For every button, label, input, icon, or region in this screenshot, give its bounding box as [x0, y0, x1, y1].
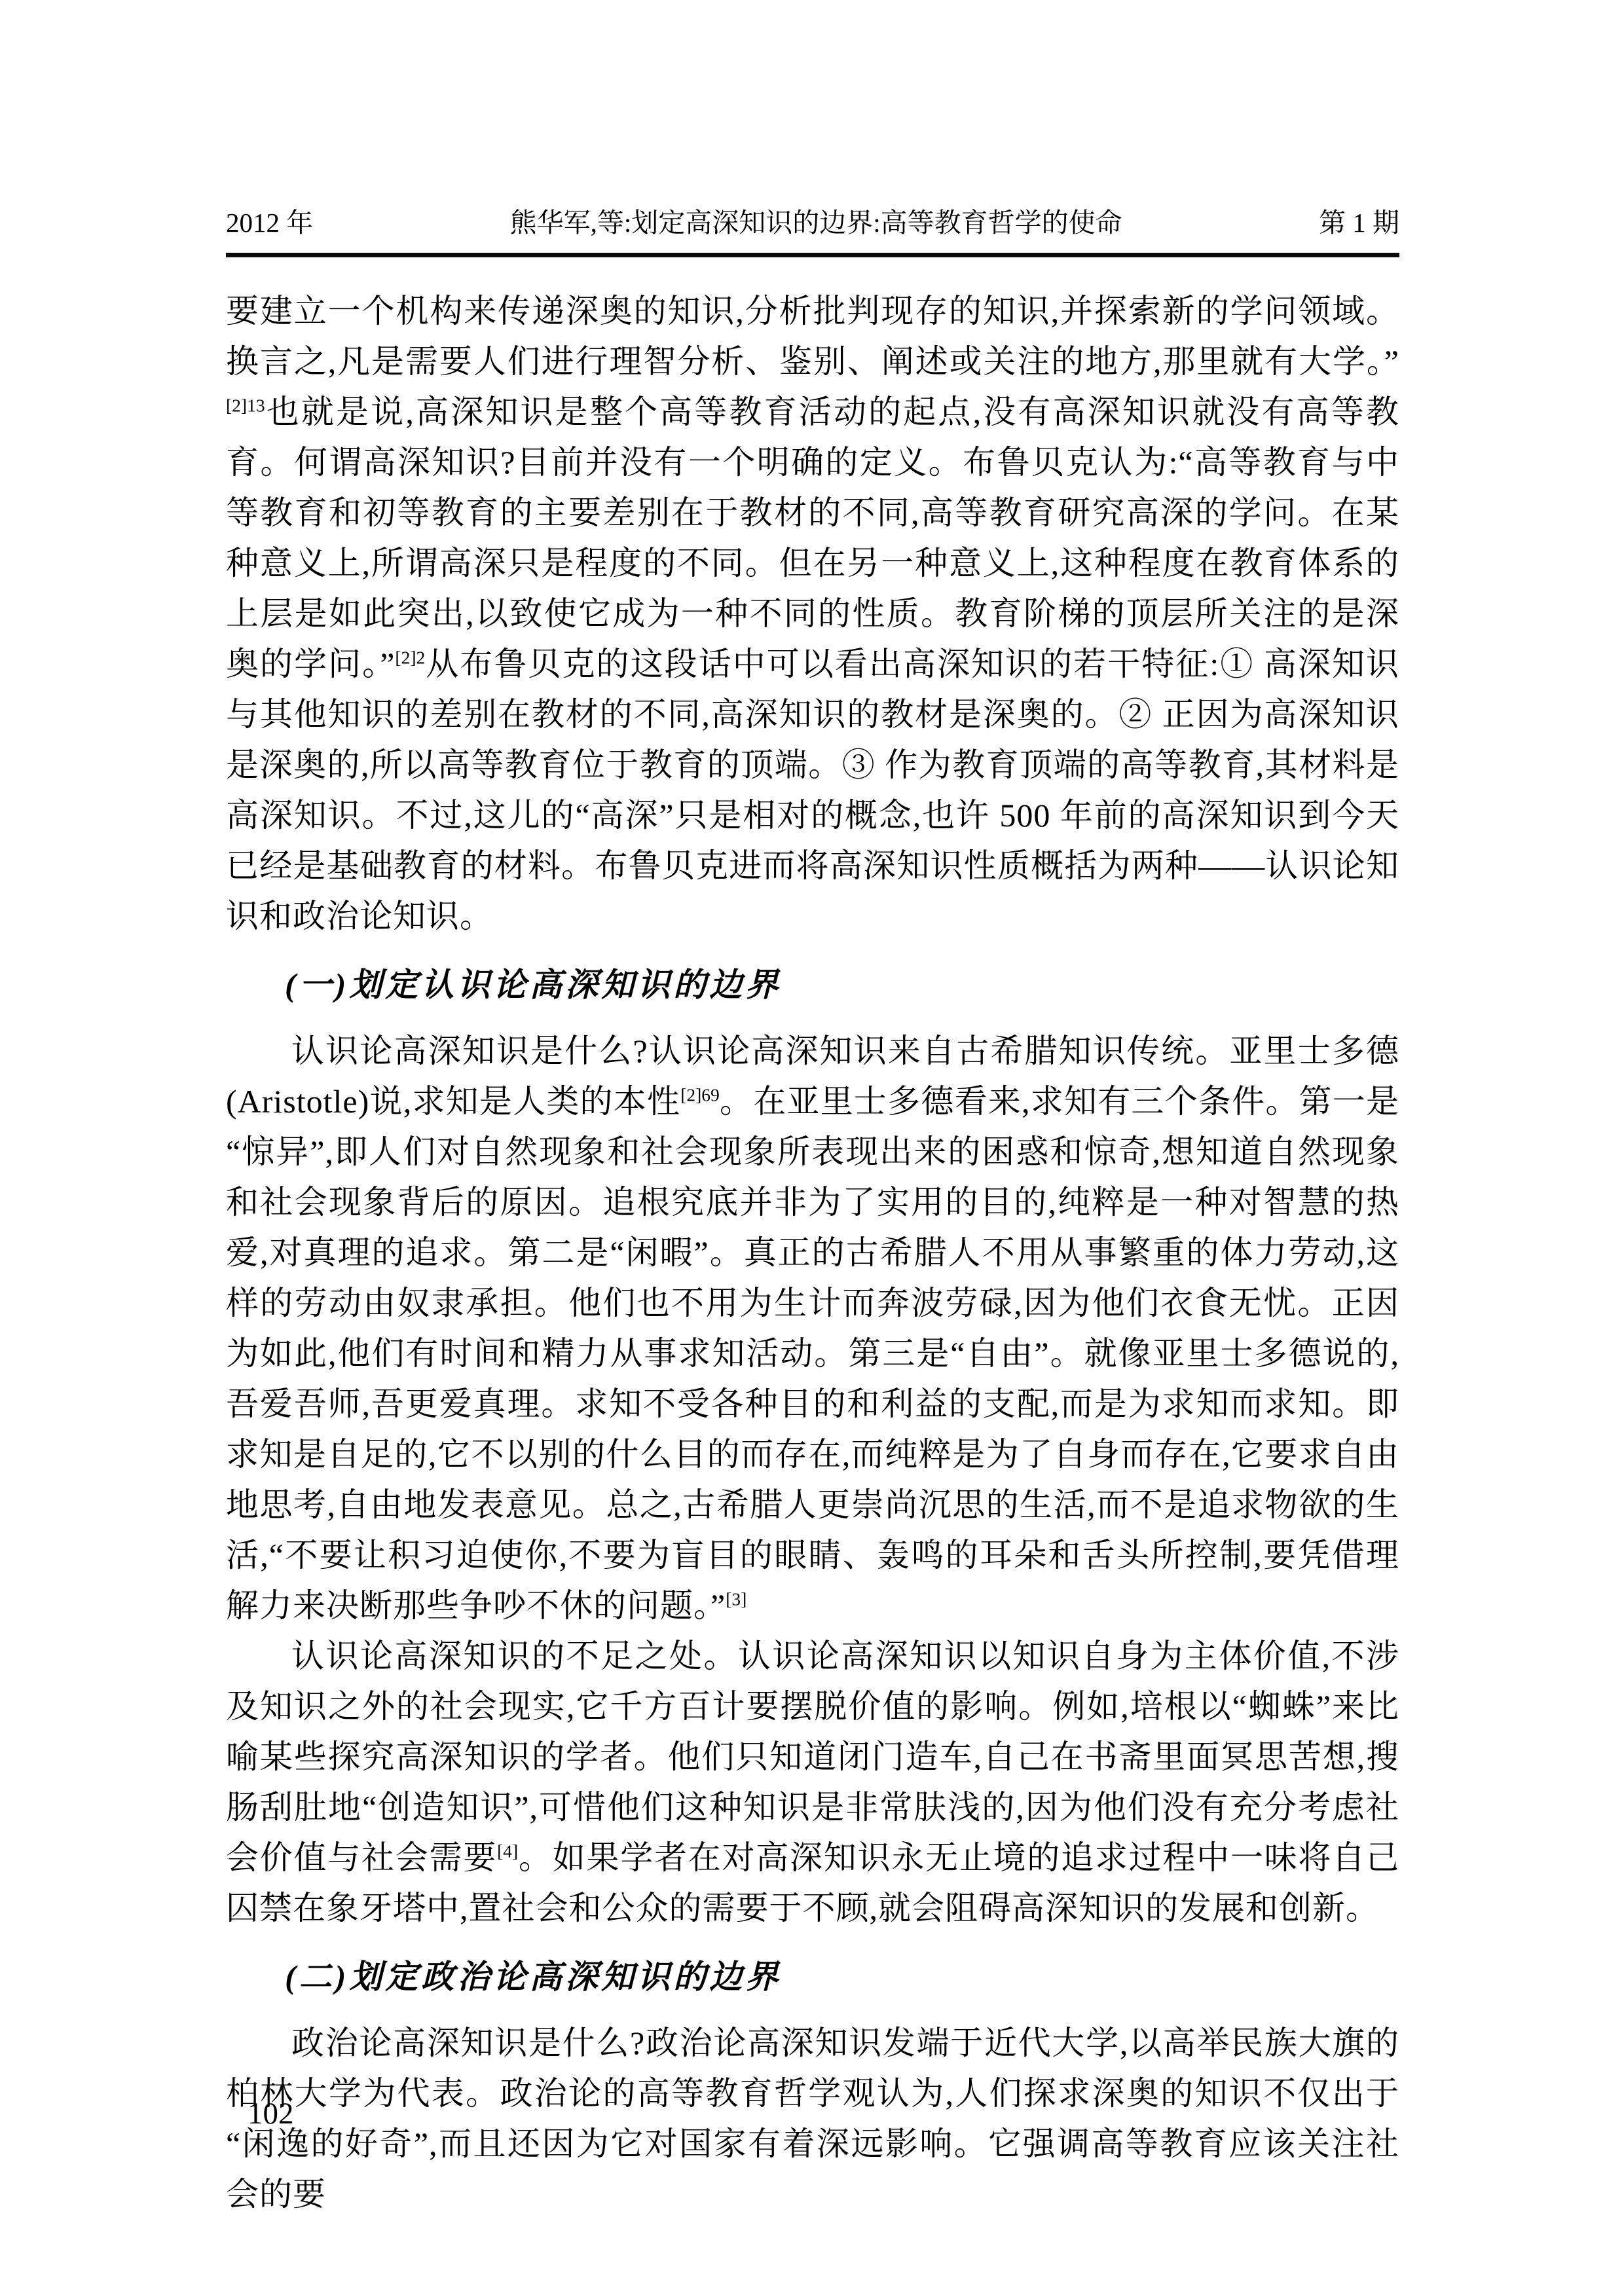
issue-number: 第 1 期	[1319, 207, 1399, 239]
header-divider	[226, 253, 1399, 257]
body-paragraph: 认识论高深知识是什么?认识论高深知识来自古希腊知识传统。亚里士多德(Aristo…	[226, 1026, 1399, 1631]
body-paragraph: 要建立一个机构来传递深奥的知识,分析批判现存的知识,并探索新的学问领域。换言之,…	[226, 286, 1399, 942]
body-paragraph: 认识论高深知识的不足之处。认识论高深知识以知识自身为主体价值,不涉及知识之外的社…	[226, 1631, 1399, 1934]
journal-year: 2012 年	[226, 207, 313, 239]
citation-superscript: [2]2	[395, 647, 425, 667]
page-header: 2012 年 熊华军,等:划定高深知识的边界:高等教育哲学的使命 第 1 期	[226, 207, 1399, 239]
citation-superscript: [2]13	[226, 395, 265, 415]
page-number: 102	[248, 2095, 294, 2132]
section-heading: (一)划定认识论高深知识的边界	[226, 960, 1399, 1010]
citation-superscript: [3]	[726, 1588, 747, 1609]
citation-superscript: [2]69	[680, 1084, 720, 1105]
article-content: 要建立一个机构来传递深奥的知识,分析批判现存的知识,并探索新的学问领域。换言之,…	[226, 286, 1399, 2220]
citation-superscript: [4]	[497, 1841, 518, 1861]
section-heading: (二)划定政治论高深知识的边界	[226, 1952, 1399, 2002]
journal-page: 2012 年 熊华军,等:划定高深知识的边界:高等教育哲学的使命 第 1 期 要…	[0, 0, 1624, 2295]
running-title: 熊华军,等:划定高深知识的边界:高等教育哲学的使命	[313, 207, 1319, 239]
body-paragraph: 政治论高深知识是什么?政治论高深知识发端于近代大学,以高举民族大旗的柏林大学为代…	[226, 2018, 1399, 2220]
